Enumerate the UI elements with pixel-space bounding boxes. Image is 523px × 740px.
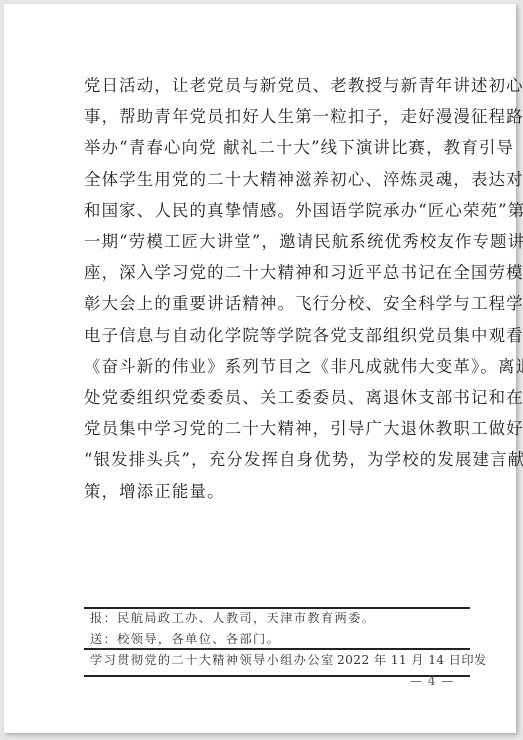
body-line: 《奋斗新的伟业》系列节目之《非凡成就伟大变革》。离退	[84, 351, 474, 382]
body-line: 彰大会上的重要讲话精神。飞行分校、安全科学与工程学院、	[84, 288, 474, 319]
body-line: 事，帮助青年党员扣好人生第一粒扣子，走好漫漫征程路；	[84, 101, 474, 132]
document-page: 党日活动，让老党员与新党员、老教授与新青年讲述初心故 事，帮助青年党员扣好人生第…	[4, 4, 516, 733]
report-to-line: 报：民航局政工办、人教司，天津市教育两委。	[90, 609, 375, 626]
issuer-office: 学习贯彻党的二十大精神领导小组办公室	[90, 651, 335, 668]
body-line: 全体学生用党的二十大精神滋养初心、淬炼灵魂，表达对党	[84, 164, 474, 195]
body-paragraph: 党日活动，让老党员与新党员、老教授与新青年讲述初心故 事，帮助青年党员扣好人生第…	[84, 70, 474, 507]
footer-middle-rule	[84, 648, 470, 650]
body-line: “银发排头兵”，充分发挥自身优势，为学校的发展建言献	[84, 444, 474, 475]
page-number: — 4 —	[410, 674, 454, 688]
body-line: 一期“劳模工匠大讲堂”，邀请民航系统优秀校友作专题讲	[84, 226, 474, 257]
send-to-line: 送：校领导，各单位、各部门。	[90, 630, 280, 647]
body-line: 举办“青春心向党 献礼二十大”线下演讲比赛，教育引导	[84, 132, 474, 163]
body-line: 电子信息与自动化学院等学院各党支部组织党员集中观看	[84, 320, 474, 351]
body-line: 座，深入学习党的二十大精神和习近平总书记在全国劳模表	[84, 257, 474, 288]
body-line: 和国家、人民的真挚情感。外国语学院承办“匠心荣苑”第	[84, 195, 474, 226]
body-line: 策，增添正能量。	[84, 476, 474, 507]
body-line: 党日活动，让老党员与新党员、老教授与新青年讲述初心故	[84, 70, 474, 101]
issue-date: 2022 年 11 月 14 日印发	[337, 651, 487, 668]
body-line: 处党委组织党委委员、关工委委员、离退休支部书记和在职	[84, 382, 474, 413]
body-line: 党员集中学习党的二十大精神，引导广大退休教职工做好	[84, 413, 474, 444]
